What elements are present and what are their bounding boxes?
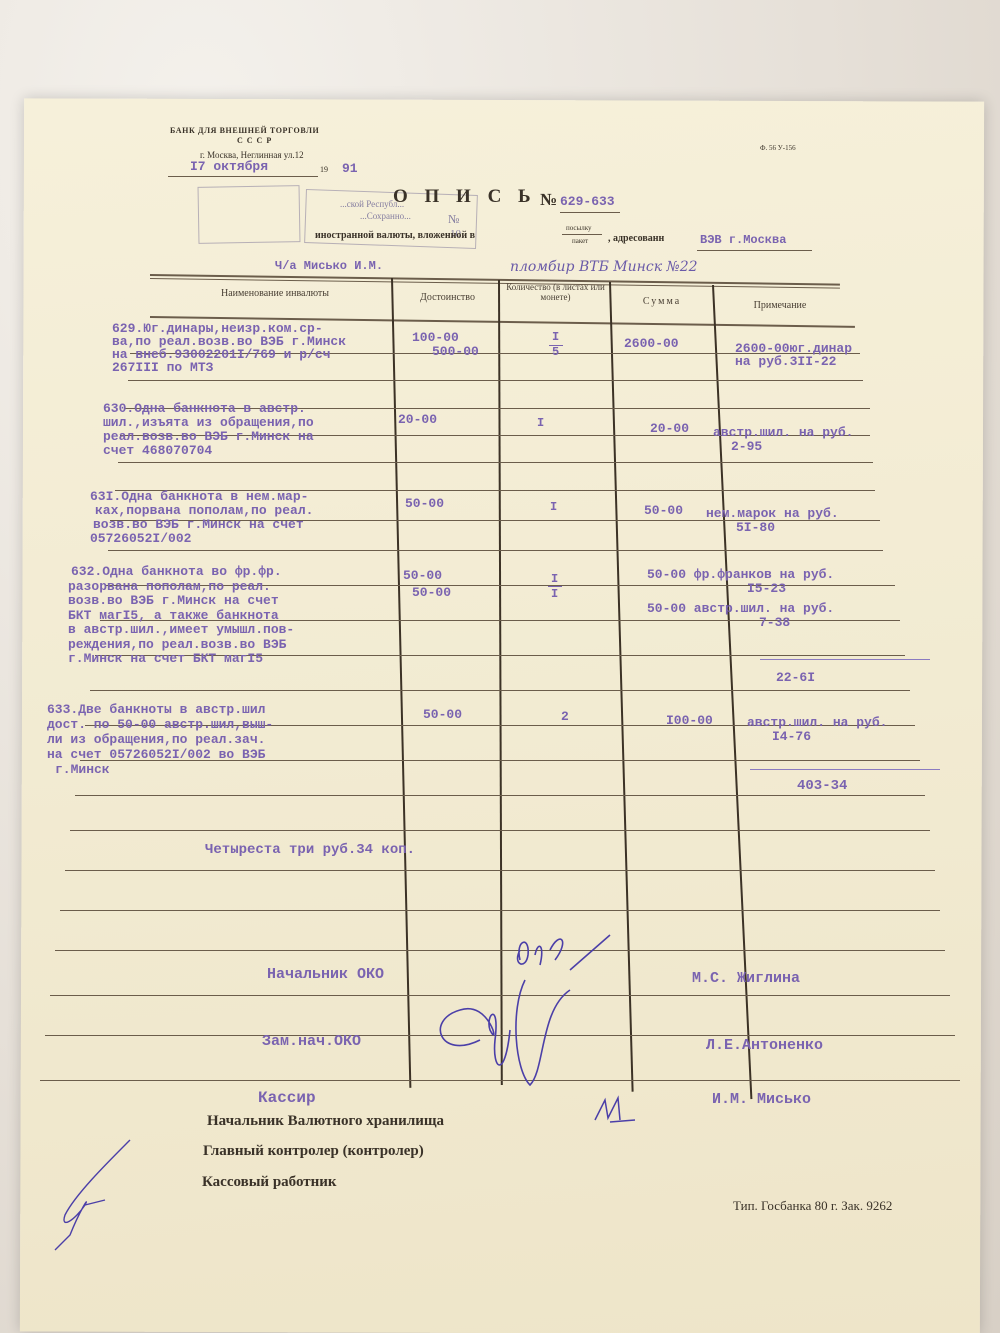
subtitle-text: иностранной валюты, вложенной в <box>315 230 475 241</box>
row-631-name: 63I.Одна банкнота в нем.мар- ках,порвана… <box>90 490 313 546</box>
printed-role-cash-worker: Кассовый работник <box>202 1174 337 1191</box>
row-632-quantity-2: I <box>551 587 558 601</box>
bank-country: С С С Р <box>237 136 272 145</box>
handwritten-seal-note: пломбир ВТБ Минск №22 <box>510 259 698 275</box>
row-631-quantity: I <box>550 500 557 514</box>
row-631-denomination: 50-00 <box>405 496 444 511</box>
row-633-sum: I00-00 <box>666 713 713 728</box>
stamp-number-label: № <box>448 212 459 227</box>
row-633-name: 633.Две банкноты в австр.шил дост. по 50… <box>47 702 273 777</box>
number-sign: № <box>540 190 557 210</box>
date-year-prefix: 19 <box>320 165 328 174</box>
date-day-month: I7 октября <box>190 159 268 174</box>
row-629-quantity-2: 5 <box>552 345 559 359</box>
row-631-note: нем.марок на руб. 5I-80 <box>706 507 839 535</box>
row-629-sum: 2600-00 <box>624 336 679 351</box>
signature-role-deputy: Зам.нач.ОКО <box>262 1033 361 1050</box>
signature-role-head: Начальник ОКО <box>267 966 384 983</box>
sender-name: Ч/а Мисько И.М. <box>275 259 383 273</box>
date-year: 91 <box>342 161 358 176</box>
grand-total: 403-34 <box>797 778 847 794</box>
column-header-denomination: Достоинство <box>395 292 500 303</box>
printer-imprint: Тип. Госбанка 80 г. Зак. 9262 <box>733 1198 892 1214</box>
row-633-quantity: 2 <box>561 709 569 724</box>
row-629-quantity-1: I <box>552 330 559 344</box>
printed-role-vault-head: Начальник Валютного хранилища <box>207 1113 444 1130</box>
fraction-top: посылку <box>566 224 592 232</box>
row-632-quantity-1: I <box>551 572 558 586</box>
stamp-text-2: ...Сохранно... <box>360 211 411 221</box>
left-margin-signature-icon <box>45 1135 165 1255</box>
row-629-note: 2600-00юг.динар на руб.3II-22 <box>735 342 852 368</box>
column-header-sum: Сумма <box>612 296 712 307</box>
signature-name-deputy: Л.Е.Антоненко <box>706 1037 823 1054</box>
row-632-denomination-2: 50-00 <box>412 585 451 600</box>
column-header-quantity: Количество (в листах или монете) <box>503 282 608 302</box>
row-633-denomination: 50-00 <box>423 707 462 722</box>
row-632-note: 50-00 фр.франков на руб. I5-23 50-00 авс… <box>647 568 834 630</box>
printed-role-chief-controller: Главный контролер (контролер) <box>203 1143 424 1160</box>
row-631-sum: 50-00 <box>644 503 683 518</box>
inventory-number: 629-633 <box>560 194 615 209</box>
row-630-sum: 20-00 <box>650 421 689 436</box>
row-632-subtotal: 22-6I <box>776 670 815 685</box>
document-title: О П И С Ь <box>393 186 537 208</box>
row-629-denomination-1: 100-00 <box>412 330 459 345</box>
cashier-initials-icon <box>590 1090 640 1130</box>
addressed-label: , адресованн <box>608 233 664 244</box>
row-630-denomination: 20-00 <box>398 412 437 427</box>
row-630-quantity: I <box>537 416 544 430</box>
bank-name: БАНК ДЛЯ ВНЕШНЕЙ ТОРГОВЛИ <box>170 126 319 135</box>
handwritten-signature-icon <box>420 920 630 1100</box>
row-632-denomination-1: 50-00 <box>403 568 442 583</box>
signature-role-cashier: Кассир <box>258 1089 316 1107</box>
signature-name-cashier: И.М. Мисько <box>712 1091 811 1108</box>
column-header-note: Примечание <box>715 300 845 311</box>
form-code: Ф. 56 У-156 <box>760 144 796 152</box>
grand-total-rule <box>750 769 940 770</box>
row-629-denomination-2: 500-00 <box>432 344 479 359</box>
row-630-name: 630.Одна банкнота в австр. шил.,изъята и… <box>103 402 314 458</box>
fraction-bottom: пакет <box>572 237 588 245</box>
recipient: ВЭВ г.Москва <box>700 233 786 247</box>
row-633-note: австр.шил. на руб. I4-76 <box>747 716 887 744</box>
column-header-currency: Наименование инвалюты <box>160 288 390 299</box>
signature-name-head: М.С. Жиглина <box>692 970 800 987</box>
row-632-name: 632.Одна банкнота во фр.фр. разорвана по… <box>68 565 294 667</box>
subtotal-rule <box>760 659 930 660</box>
row-629-name: 629.Юг.динары,неизр.ком.ср- ва,по реал.в… <box>112 322 346 374</box>
total-in-words: Четыреста три руб.34 коп. <box>205 842 415 858</box>
row-630-note: австр.шил. на руб. 2-95 <box>713 426 853 454</box>
stamp-left <box>198 185 301 244</box>
